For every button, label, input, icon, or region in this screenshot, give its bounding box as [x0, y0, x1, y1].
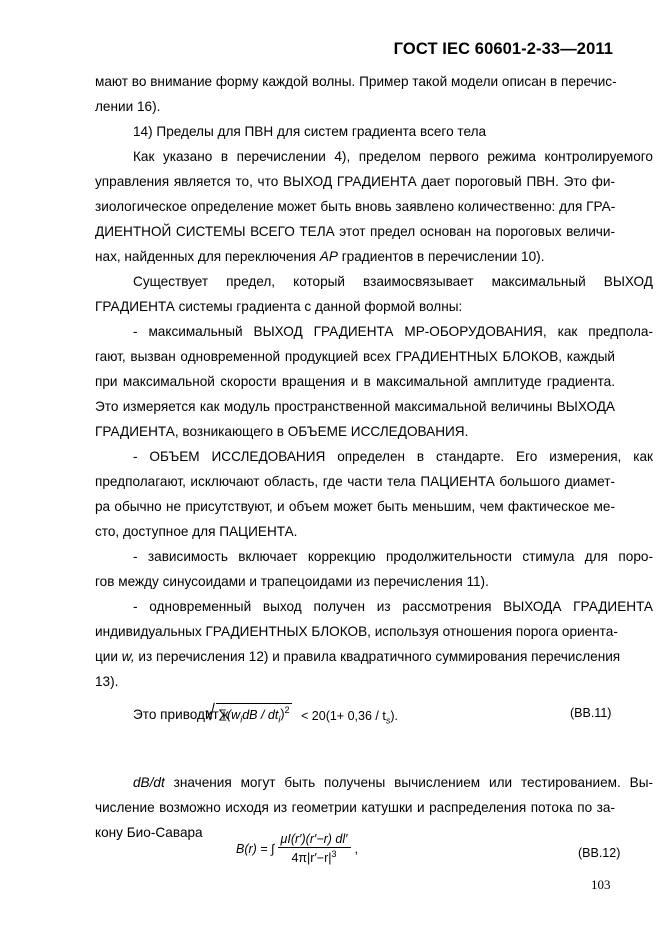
text-line: ра обычно не присутствуют, и объем может… — [95, 496, 615, 517]
document-header: ГОСТ IEC 60601-2-33—2011 — [0, 40, 613, 59]
equation-bb11: √ ∑(widB / dti)2 < 20(1+ 0,36 / ts). — [204, 702, 398, 726]
radicand-dbdt: dB / dt — [242, 708, 278, 722]
text-line: Это измеряется как модуль пространственн… — [95, 396, 615, 417]
text-line: лении 16). — [95, 96, 615, 117]
text-fragment: градиентов в перечислении 10). — [338, 249, 545, 264]
radicand: ∑(widB / dti)2 — [216, 703, 291, 724]
equation-lhs: B(r) = ∫ — [236, 842, 275, 856]
sum-symbol: ∑ — [218, 708, 227, 722]
fraction-denominator: 4π|r′−r|3 — [291, 848, 336, 865]
fraction-numerator: μI(r′)(r′−r) dl′ — [278, 832, 351, 848]
text-line: при максимальной скорости вращения и в м… — [95, 371, 615, 392]
text-line: Существует предел, который взаимосвязыва… — [95, 271, 653, 292]
power-3: 3 — [332, 849, 337, 859]
text-line: - ОБЪЕМ ИССЛЕДОВАНИЯ определен в стандар… — [95, 446, 653, 467]
text-line: ДИЕНТНОЙ СИСТЕМЫ ВСЕГО ТЕЛА этот предел … — [95, 221, 615, 242]
rhs-end: ). — [390, 709, 398, 723]
radical-sign-icon: √ — [205, 702, 215, 724]
equation-bb12: B(r) = ∫ μI(r′)(r′−r) dl′ 4π|r′−r|3 , — [236, 832, 358, 865]
text-fragment: нах, найденных для переключения — [95, 249, 320, 264]
text-line: зиологическое определение может быть вно… — [95, 196, 615, 217]
text-line: ции w, из перечисления 12) и правила ква… — [95, 646, 615, 667]
text-line: 14) Пределы для ПВН для систем градиента… — [95, 121, 653, 142]
text-line: нах, найденных для переключения AP гради… — [95, 246, 615, 267]
text-fragment: значения могут быть получены вычислением… — [165, 775, 653, 790]
text-line: гов между синусоидами и трапецоидами из … — [95, 571, 615, 592]
text-line: ГРАДИЕНТА, возникающего в ОБЪЕМЕ ИССЛЕДО… — [95, 421, 615, 442]
rhs-text: < 20(1+ 0,36 / t — [301, 709, 386, 723]
text-line: dB/dt значения могут быть получены вычис… — [95, 772, 653, 793]
denominator-text: 4π|r′−r| — [291, 851, 331, 865]
text-line: индивидуальных ГРАДИЕНТНЫХ БЛОКОВ, испол… — [95, 621, 615, 642]
equation-label-bb11: (ВВ.11) — [570, 706, 611, 720]
text-line: числение возможно исходя из геометрии ка… — [95, 797, 615, 818]
text-line: Как указано в перечислении 4), пределом … — [95, 146, 653, 167]
square-root: √ ∑(widB / dti)2 — [204, 702, 292, 724]
text-line: - одновременный выход получен из рассмот… — [95, 596, 653, 617]
text-fragment: dB/dt — [133, 775, 165, 790]
text-fragment: из перечисления 12) и правила квадратичн… — [135, 649, 621, 664]
text-line: 13). — [95, 671, 615, 692]
text-fragment: AP — [320, 249, 338, 264]
equation-tail: , — [355, 842, 358, 856]
text-line: ГРАДИЕНТА системы градиента с данной фор… — [95, 296, 615, 317]
text-line: - зависимость включает коррекцию продолж… — [95, 546, 653, 567]
power-2: 2 — [285, 705, 290, 715]
equation-label-bb12: (ВВ.12) — [578, 846, 620, 860]
text-fragment: w, — [122, 649, 135, 664]
fraction: μI(r′)(r′−r) dl′ 4π|r′−r|3 — [278, 832, 351, 865]
text-fragment: ции — [95, 649, 122, 664]
radicand-w: (w — [227, 708, 240, 722]
text-line: - максимальный ВЫХОД ГРАДИЕНТА МР-ОБОРУД… — [95, 321, 653, 342]
text-line: мают во внимание форму каждой волны. При… — [95, 71, 615, 92]
text-line: сто, доступное для ПАЦИЕНТА. — [95, 521, 615, 542]
text-line: предполагают, исключают область, где час… — [95, 471, 615, 492]
equation-rhs: < 20(1+ 0,36 / ts). — [301, 709, 398, 723]
text-line: гают, вызван одновременной продукцией вс… — [95, 346, 615, 367]
page-number: 103 — [591, 877, 611, 893]
text-line: управления является то, что ВЫХОД ГРАДИЕ… — [95, 171, 615, 192]
